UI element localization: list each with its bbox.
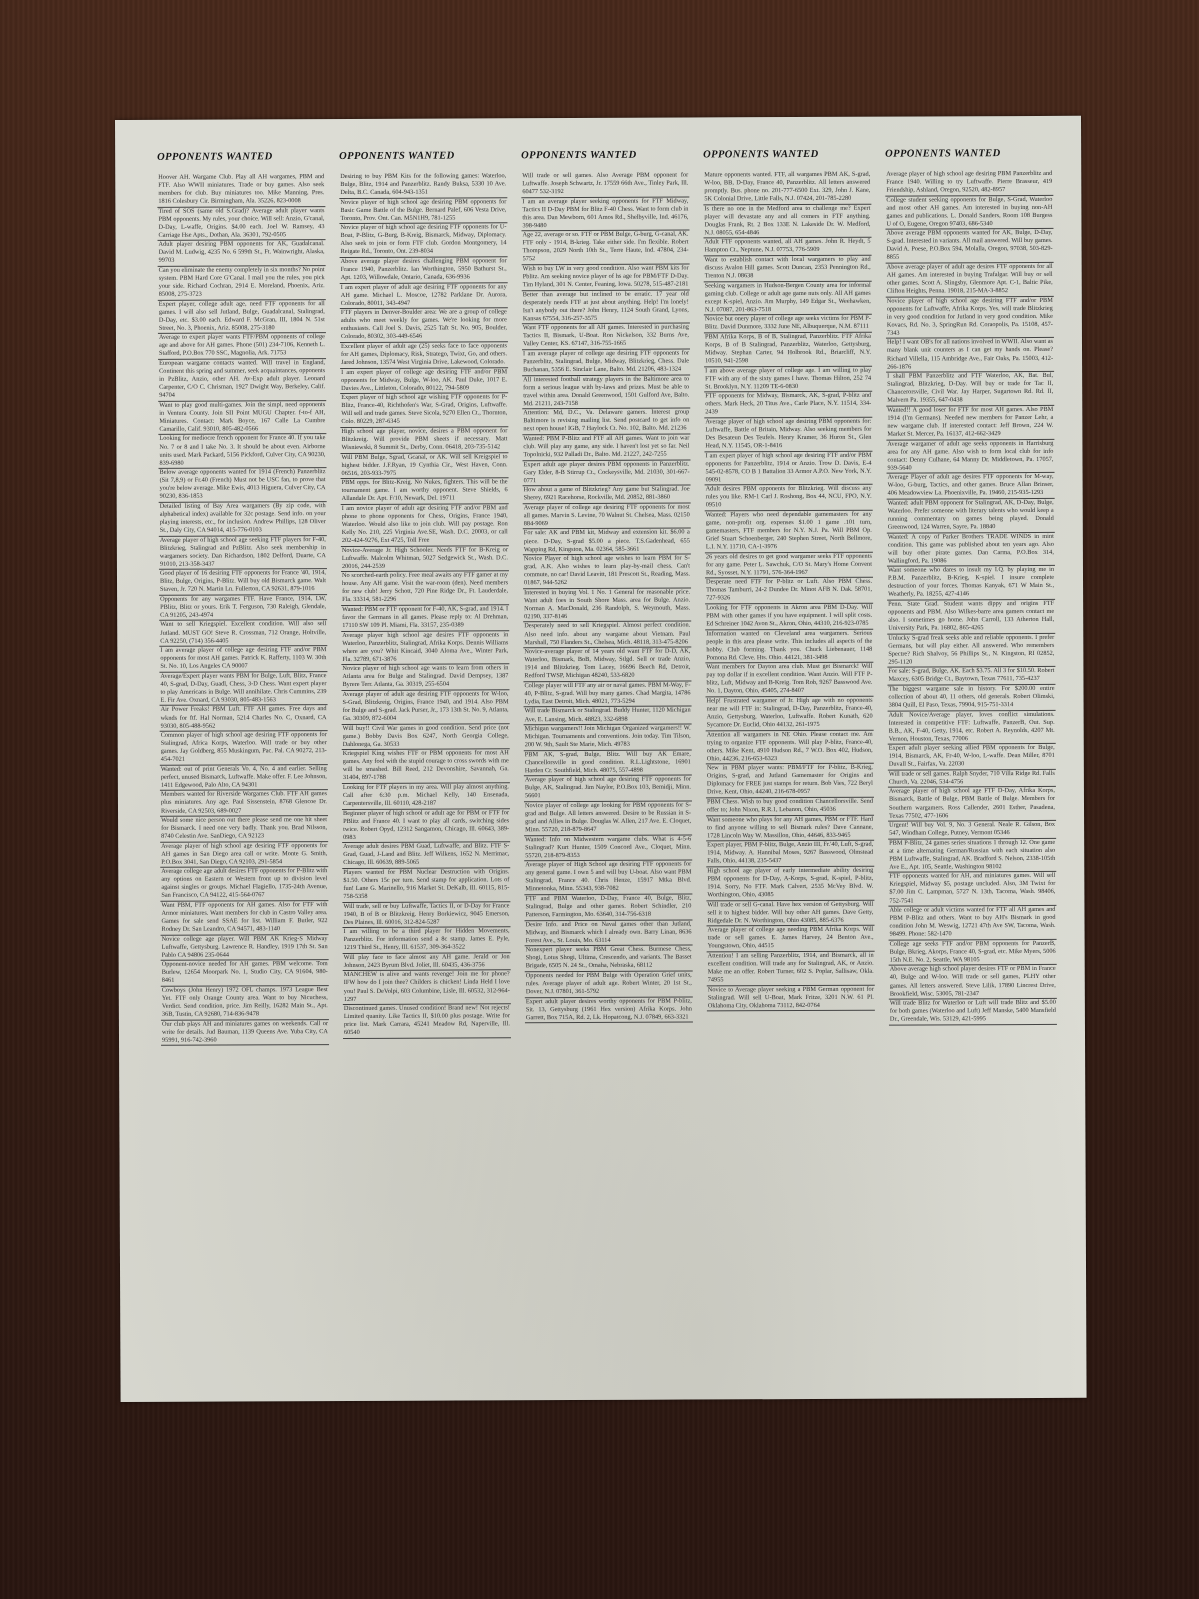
classified-ad: Wanted: out of print Generals Vo. 4, No.… <box>160 765 328 791</box>
classified-ad: Will trade Bismarck or Stalingrad. Buddy… <box>524 707 692 725</box>
classified-ad: College player will FTF any air or naval… <box>523 681 691 707</box>
classified-ad: 26 years old desires to get good wargame… <box>705 552 873 578</box>
classified-ad: College age seeks FTF and/or PBM opponen… <box>889 940 1057 966</box>
classified-ad: Able college or adult victims wanted for… <box>888 906 1056 940</box>
magazine-page: OPPONENTS WANTEDHoover AH. Wargame Club.… <box>115 116 1087 1402</box>
ad-column: OPPONENTS WANTEDDesiring to buy PBM Kits… <box>339 150 511 1045</box>
classified-ad: For sale: S-grad, Bulge, AK. Each $3.75.… <box>887 667 1055 685</box>
classified-ad: I am willing to be a third player for Hi… <box>343 927 511 953</box>
column-heading: OPPONENTS WANTED <box>703 149 871 166</box>
classified-ad: Average player of college age needing PB… <box>707 926 875 952</box>
classified-ad: MANCHEW is alive and wants revenge! Join… <box>343 971 511 1005</box>
classified-ad: Nonexpert player seeks PBM Great Chess. … <box>525 946 693 972</box>
classified-ad: Mature opponents wanted. FTF, all wargam… <box>703 171 871 205</box>
classified-ad: I am an average player seeking opponents… <box>521 197 689 231</box>
classified-ad: Novice but onery player of college age s… <box>704 315 872 333</box>
ad-column: OPPONENTS WANTEDAverage player of high s… <box>885 148 1057 1043</box>
classified-ad: Novice player of high school age desirin… <box>339 224 507 258</box>
classified-ad: Below average opponents wanted for 1914 … <box>159 468 327 502</box>
classified-ad: Opponents for any wargames FTF. Have Fra… <box>159 595 327 621</box>
classified-ad: Want to play good multi-games. Join the … <box>158 401 326 435</box>
classified-ad: Wish to buy LW in very good condition. A… <box>522 265 690 291</box>
classified-ad: Average to expert player wants FTF/PBM o… <box>158 333 326 359</box>
classified-ad: Information wanted on Cleveland area war… <box>705 629 873 663</box>
classified-ad: PBM Afrika Korps, B of B, Stalingrad, Pa… <box>704 333 872 367</box>
classified-ad: Novice to Average player seeking a PBM G… <box>707 985 875 1011</box>
classified-ad: New in PBM player wants: PBM/FTF for P-b… <box>706 764 874 798</box>
classified-ad: Can you eliminate the enemy completely i… <box>158 266 326 300</box>
classified-ad: Tired of SOS (same old S.Grad)? Average … <box>157 207 325 241</box>
classified-ad: Novice player of high school age wants t… <box>341 665 509 691</box>
classified-ad: Wanted: Info on Midwestern wargame clubs… <box>524 835 692 861</box>
classified-ad: Opponent-novice needed for AH games. PBM… <box>161 960 329 986</box>
classified-ad: Average player of High School age desiri… <box>524 861 692 895</box>
classified-ad: Better than average but inclined to be e… <box>522 290 690 324</box>
classified-ad: Kriegspiel King wishes FTF or PBM oppone… <box>342 749 510 783</box>
classified-ad: Looking for FTF opponents in Akron area … <box>705 604 873 630</box>
classified-ad: Wanted: A copy of Parker Brothers TRADE … <box>887 532 1055 566</box>
classified-ad: Desire Info. and Price on Naval games ot… <box>524 920 692 946</box>
classified-ad: Average player high school age desires F… <box>341 631 509 665</box>
classified-ad: Good player of 16 desiring FTF opponents… <box>159 569 327 595</box>
classified-ad: Unlucky S-grad freak seeks able and reli… <box>887 633 1055 667</box>
classified-ad: Average player of high school age desiri… <box>160 842 328 868</box>
classified-ad: Above average high school player desires… <box>889 965 1057 999</box>
column-heading: OPPONENTS WANTED <box>339 150 507 167</box>
classified-ad: Attention all wargamers in NE Ohio. Plea… <box>706 730 874 764</box>
ad-column: OPPONENTS WANTEDHoover AH. Wargame Club.… <box>157 151 329 1046</box>
classified-ad: Cowboys (John Henry) 1972 OFL champs. 19… <box>161 986 329 1020</box>
classified-ad: For sale: AK and PBM kit, Midway and ext… <box>523 529 691 555</box>
classified-ad: Excellent player of adult age (25) seeks… <box>340 342 508 368</box>
classified-ad: Discontinued games. Unused condition! Br… <box>343 1004 511 1038</box>
column-heading: OPPONENTS WANTED <box>157 151 325 168</box>
classified-ad: FTF opponents wanted for AH, and miniatu… <box>888 872 1056 906</box>
classified-ad: Want someone who plays for any AH games,… <box>706 815 874 841</box>
ad-columns: OPPONENTS WANTEDHoover AH. Wargame Club.… <box>157 148 1061 1046</box>
classified-ad: How about a game of Blitzkrieg? Any game… <box>523 486 691 504</box>
classified-ad: Urgent! Will buy Vol. 9, No. 3 General. … <box>888 821 1056 839</box>
classified-ad: High school age player of early intermed… <box>706 867 874 901</box>
classified-ad: Detailed listing of Bay Area wargamers (… <box>159 502 327 536</box>
classified-ad: European wargame contacts wanted. Will t… <box>158 359 326 401</box>
classified-ad: Adult FTF opponents wanted, all AH games… <box>704 238 872 256</box>
classified-ad: Want to sell Kriegspiel. Excellent condi… <box>159 621 327 647</box>
classified-ad: PBM Chess. Wish to buy good condition Ch… <box>706 798 874 816</box>
classified-ad: Desperate need FTF for P-blitz or Luft. … <box>705 578 873 604</box>
classified-ad: Members wanted for Riverside Wargames Cl… <box>160 790 328 816</box>
classified-ad: Average player of high school age FTF D-… <box>888 787 1056 821</box>
classified-ad: Expert adult age player desires PBM oppo… <box>522 460 690 486</box>
classified-ad: Average player of high school age seekin… <box>159 536 327 570</box>
classified-ad: PBM P-Blitz, 24 games series situations … <box>888 839 1056 873</box>
classified-ad: Attention! I am selling Panzerblitz, 191… <box>707 952 875 986</box>
classified-ad: Average player of high school age desiri… <box>885 170 1053 196</box>
classified-ad: Want someone who dares to insult my I.Q.… <box>887 566 1055 600</box>
classified-ad: Above average player of adult age desire… <box>886 263 1054 297</box>
classified-ad: I am expert player of adult age desiring… <box>340 283 508 309</box>
classified-ad: Novice player of high school age desirin… <box>339 198 507 224</box>
classified-ad: Help! Frustrated wargamer of Jr. High ag… <box>706 697 874 731</box>
classified-ad: FTF players in Denver-Boulder area: We a… <box>340 309 508 343</box>
classified-ad: Novice-Average Jr. High Schooler. Needs … <box>341 546 509 572</box>
classified-ad: I am novice player of adult age desiring… <box>341 504 509 546</box>
classified-ad: Above average player desires challenging… <box>340 257 508 283</box>
ad-column: OPPONENTS WANTEDMature opponents wanted.… <box>703 149 875 1044</box>
classified-ad: Will trade, sell or buy Luftwaffe, Tacti… <box>342 902 510 928</box>
classified-ad: Will buy!! Civil War games in good condi… <box>342 724 510 750</box>
classified-ad: Age 22, average or so. FTF or PBM Bulge,… <box>521 231 689 265</box>
classified-ad: Attention: Md, D.C., Va. Delaware gamers… <box>522 409 690 435</box>
classified-ad: Wanted: adult PBM opponent for Stalingra… <box>887 499 1055 533</box>
classified-ad: Penn. State Grad. Student wants dippy an… <box>887 600 1055 634</box>
classified-ad: Average/Expert player wants PBM for Bulg… <box>159 672 327 706</box>
classified-ad: Wanted: Players who need dependable game… <box>705 511 873 553</box>
classified-ad: Is there no one in the Medford area to c… <box>703 204 871 238</box>
classified-ad: Will trade or sell G-canal. Have hex ver… <box>706 900 874 926</box>
classified-ad: Expert player, college adult age, need F… <box>158 300 326 334</box>
classified-ad: Will trade or sell games. Ralph Snyder, … <box>888 770 1056 788</box>
classified-ad: Help! I want OB's for all nations involv… <box>886 338 1054 372</box>
classified-ad: Average player of adult age desiring FTF… <box>341 690 509 724</box>
classified-ad: Players wanted for PBM Nuclear Destructi… <box>342 868 510 902</box>
classified-ad: Average player of high school age desiri… <box>524 776 692 802</box>
classified-ad: Novice player of college age looking for… <box>524 801 692 835</box>
classified-ad: Wanted!! A good loser for FTF for most A… <box>886 406 1054 440</box>
classified-ad: Wanted: PBM or FTF opponent for F-40, AK… <box>341 605 509 631</box>
column-heading: OPPONENTS WANTED <box>885 148 1053 165</box>
classified-ad: Average wargamer of adult age seeks oppo… <box>886 439 1054 473</box>
classified-ad: No scorched-earth policy. Free meal awai… <box>341 571 509 605</box>
classified-ad: Average college age adult desires FTF op… <box>160 867 328 901</box>
classified-ad: Expert player of high school age wishing… <box>340 394 508 428</box>
classified-ad: Air Power Freaks! PBM Luft. FTF AH games… <box>160 706 328 732</box>
classified-ad: PBM opps. for Blitz-Kreig. No Nukes, fig… <box>341 478 509 504</box>
classified-ad: I am expert player of college age desiri… <box>340 368 508 394</box>
classified-ad: Will trade Blitz for Waterloo or Luft wi… <box>889 999 1057 1025</box>
classified-ad: Would some nice person out there please … <box>160 816 328 842</box>
classified-ad: Hoover AH. Wargame Club. Play all AH war… <box>157 173 325 207</box>
classified-ad: Average Player of adult age desires FTF … <box>887 473 1055 499</box>
classified-ad: The biggest wargame sale in history. For… <box>887 685 1055 711</box>
classified-ad: College student seeking opponents for Bu… <box>885 196 1053 230</box>
classified-ad: Novice college age player. Will PBM AK K… <box>161 935 329 961</box>
classified-ad: Looking for mediocre french opponent for… <box>158 435 326 469</box>
classified-ad: Expert adult player desires worthy oppon… <box>525 997 693 1023</box>
classified-ad: Will PBM Bulge, Sgrad, Gcanal, or AK. Wi… <box>340 453 508 479</box>
classified-ad: I am average player of college age desir… <box>159 646 327 672</box>
classified-ad: Desiring to buy PBM Kits for the followi… <box>339 172 507 198</box>
classified-ad: I am expert player of high school age de… <box>704 451 872 485</box>
ad-column: OPPONENTS WANTEDWill trade or sell games… <box>521 149 693 1044</box>
classified-ad: Expert player, PBM P-blitz, Bulge, Anzio… <box>706 841 874 867</box>
classified-ad: Want to establish contact with local war… <box>704 256 872 282</box>
classified-ad: I am above average player of college age… <box>704 366 872 392</box>
classified-ad: I shall PBM Panzerblitz and FTF Waterloo… <box>886 372 1054 406</box>
classified-ad: Interested in buying Vol. 1 No. 1 Genera… <box>523 588 691 622</box>
classified-ad: Michigan wargamers!! Join Michigan Organ… <box>524 725 692 751</box>
classified-ad: Average player of high school age desiri… <box>704 418 872 452</box>
classified-ad: Beginner player of high school or adult … <box>342 809 510 843</box>
classified-ad: Novice player of high school age desirin… <box>886 297 1054 339</box>
classified-ad: Want PBM, FTF opponents for AH games. Al… <box>160 901 328 935</box>
classified-ad: Average player of college age desiring F… <box>523 503 691 529</box>
classified-ad: Looking for FTF players in my area. Will… <box>342 783 510 809</box>
column-heading: OPPONENTS WANTED <box>521 149 689 166</box>
classified-ad: PBM AK, S-grad, Bulge, Blitz. Will buy A… <box>524 750 692 776</box>
classified-ad: Want FTF opponents for all AH games. Int… <box>522 324 690 350</box>
classified-ad: Above average PBM opponents wanted for A… <box>885 229 1053 263</box>
classified-ad: Desperately need to sell Kriegspiel. Alm… <box>523 622 691 648</box>
classified-ad: FTF and PBM Waterloo, D-Day, France 40, … <box>524 894 692 920</box>
classified-ad: Common player of high school age desirin… <box>160 731 328 765</box>
classified-ad: Wanted: PBM P-Blitz and FTF all AH games… <box>522 434 690 460</box>
classified-ad: Adult player desiring PBM opponents for … <box>158 240 326 266</box>
classified-ad: Adult desires PBM opponents for Blitzkri… <box>705 485 873 511</box>
classified-ad: FTF opponents for Midway, Bismarck, AK, … <box>704 392 872 418</box>
classified-ad: Our club plays AH and miniatures games o… <box>161 1020 329 1046</box>
classified-ad: Novice-average player of 14 years old wa… <box>523 648 691 682</box>
classified-ad: Want members for Dayton area club. Must … <box>705 663 873 697</box>
classified-ad: Seeking wargamers in Hudson-Bergen Count… <box>704 281 872 315</box>
classified-ad: Opponents needed for PBM Bulge with Oper… <box>525 971 693 997</box>
classified-ad: High school age player, novice, desires … <box>340 427 508 453</box>
classified-ad: All interested football strategy players… <box>522 375 690 409</box>
classified-ad: I am average player of college age desir… <box>522 349 690 375</box>
classified-ad: Will play face to face almost any AH gam… <box>343 953 511 971</box>
classified-ad: Novice Player of high school age wishes … <box>523 555 691 589</box>
classified-ad: Adult Novice/Average player, loves confl… <box>888 710 1056 744</box>
classified-ad: Average adult desires PBM Guad, Luftwaff… <box>342 842 510 868</box>
classified-ad: Will trade or sell games. Also Average P… <box>521 171 689 197</box>
classified-ad: Expert adult player seeking allied PBM o… <box>888 744 1056 770</box>
